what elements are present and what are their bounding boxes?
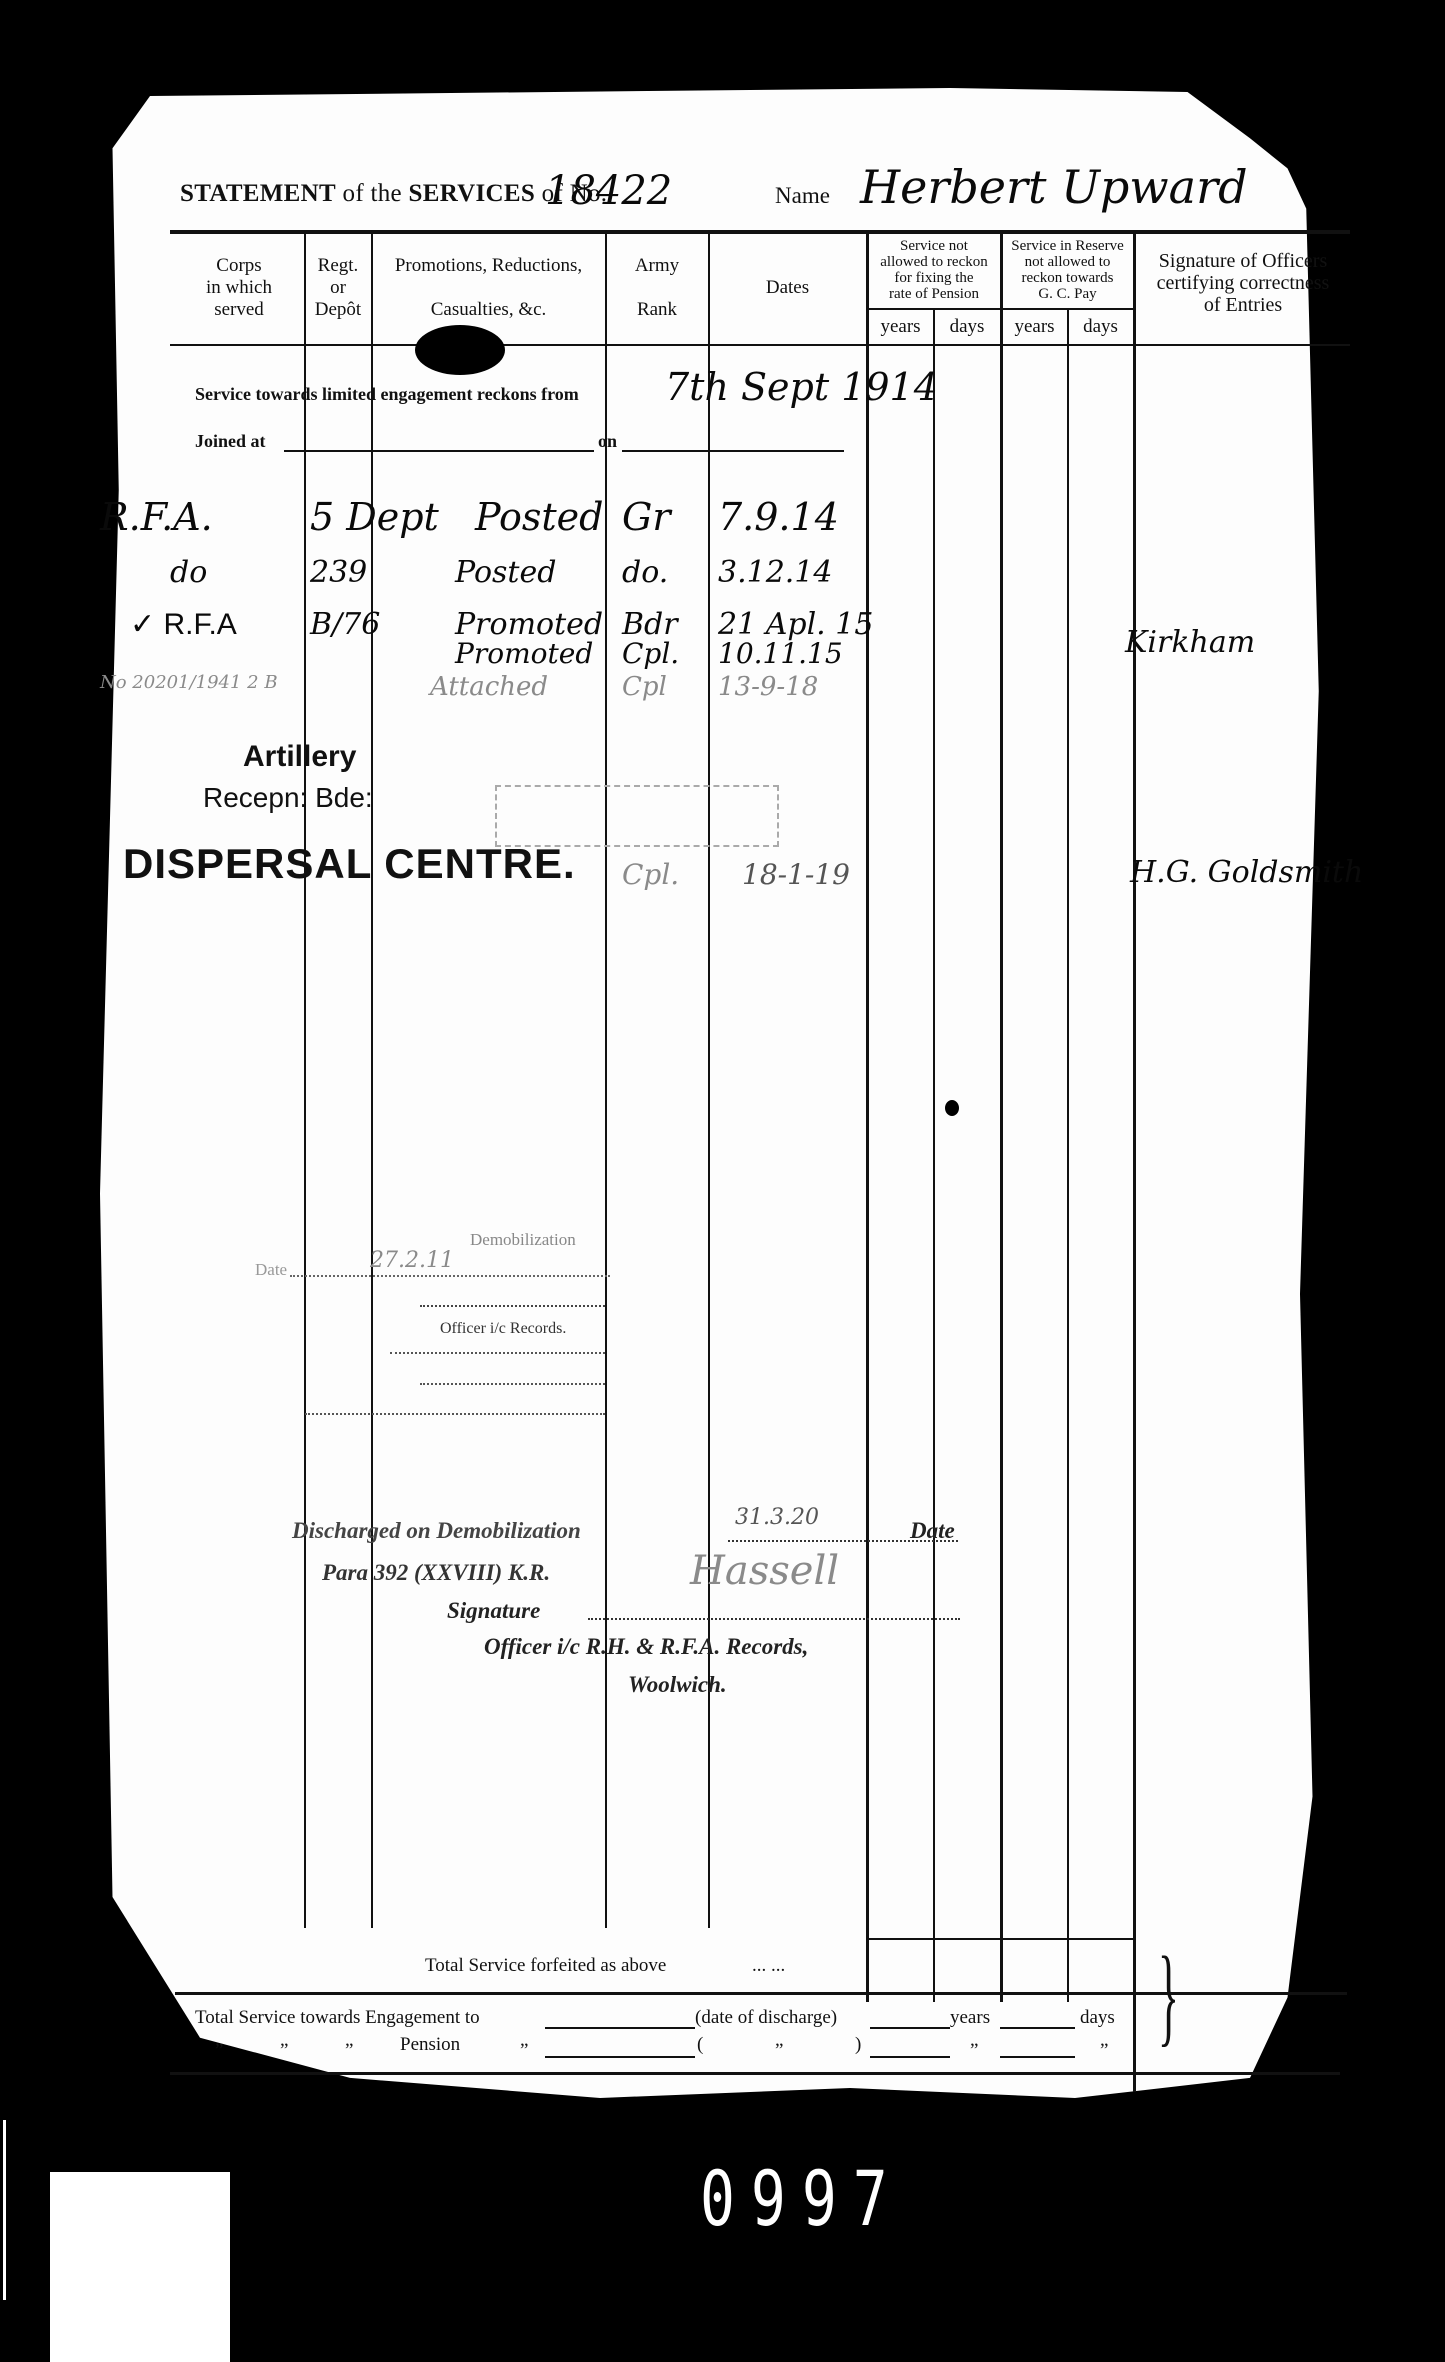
dispersal-rank: Cpl. <box>622 858 679 891</box>
dispersal-centre-stamp: DISPERSAL CENTRE. <box>123 840 576 888</box>
faint-rectangular-stamp <box>495 785 779 847</box>
col-divider <box>933 308 935 2002</box>
ditto-mark: ” <box>775 2040 783 2062</box>
entry-date: 13-9-18 <box>718 672 818 702</box>
col-divider <box>1000 232 1003 2002</box>
col-header-regt: Regt. or Depôt <box>305 255 371 321</box>
ditto-mark: ” <box>345 2040 353 2062</box>
col-header-corps: Corps in which served <box>175 255 303 321</box>
faint-officer-records: Officer i/c Records. <box>440 1320 566 1338</box>
entry-regt: 5 Dept <box>310 495 439 539</box>
joined-at-blank <box>284 450 594 452</box>
entry-rank: Cpl. <box>622 637 679 670</box>
discharge-para: Para 392 (XXVIII) K.R. <box>322 1560 550 1586</box>
col-divider <box>866 232 869 2002</box>
faint-dotted-line <box>420 1383 605 1385</box>
brace: } <box>1158 1940 1179 2050</box>
blank-line <box>1000 2027 1075 2029</box>
col-header-pension-group: Service not allowed to reckon for fixing… <box>868 238 1000 302</box>
signature-label: Signature <box>447 1598 540 1624</box>
ink-spot <box>945 1100 959 1116</box>
frame-counter: 0997 <box>700 2155 904 2243</box>
entry-corps: R.F.A. <box>100 495 213 539</box>
entry-date: 3.12.14 <box>718 555 833 590</box>
entry-event: Posted <box>455 555 556 590</box>
ditto-mark: ” <box>1100 2040 1108 2062</box>
date-of-discharge-label: (date of discharge) <box>695 2007 837 2029</box>
ditto-mark: ” <box>280 2040 288 2062</box>
officer-signature-2: H.G. Goldsmith <box>1130 855 1363 890</box>
col-header-signature: Signature of Officers certifying correct… <box>1136 250 1350 316</box>
faint-dotted-line <box>290 1275 610 1277</box>
entry-date: 10.11.15 <box>718 637 843 670</box>
col-header-casualties: Casualties, &c. <box>372 299 605 321</box>
faint-date-value: 27.2.11 <box>370 1248 454 1273</box>
entry-rank: Gr <box>622 495 671 539</box>
col-header-days: days <box>1068 316 1133 338</box>
years-label: years <box>950 2007 990 2029</box>
discharge-date: 31.3.20 <box>735 1505 819 1530</box>
col-header-days: days <box>934 316 1000 338</box>
paren-open: ( <box>697 2034 703 2056</box>
ditto-mark: ” <box>520 2040 528 2062</box>
total-forfeited-label: Total Service forfeited as above <box>425 1955 666 1977</box>
ink-blot <box>415 325 505 375</box>
ditto-mark: ” <box>970 2040 978 2062</box>
ditto-mark: ” <box>215 2040 223 2062</box>
discharge-date-label: Date <box>910 1518 955 1544</box>
officer-records-line: Officer i/c R.H. & R.F.A. Records, <box>484 1634 808 1660</box>
blank-line <box>1000 2056 1075 2058</box>
forfeited-rule <box>867 1938 1135 1940</box>
artillery-stamp: Artillery <box>243 740 356 774</box>
col-header-years: years <box>868 316 933 338</box>
total-engagement-label: Total Service towards Engagement to <box>195 2007 480 2029</box>
recepn-bde-stamp: Recepn: Bde: <box>203 782 373 814</box>
col-divider <box>605 232 607 1928</box>
header-top-rule <box>170 230 1350 234</box>
entry-regt: B/76 <box>310 607 380 642</box>
officer-signature-1: Kirkham <box>1125 625 1255 660</box>
total-forfeited-dots: ... ... <box>752 1955 785 1977</box>
engagement-date: 7th Sept 1914 <box>665 365 938 409</box>
col-divider <box>371 232 373 1928</box>
discharge-line: Discharged on Demobilization <box>292 1518 581 1544</box>
dispersal-date: 18-1-19 <box>742 858 850 891</box>
entry-event: Posted <box>475 495 604 539</box>
entry-event: Promoted <box>455 637 593 670</box>
entry-rank: do. <box>622 555 668 590</box>
col-divider <box>304 232 306 1928</box>
col-header-years: years <box>1002 316 1067 338</box>
paren-close: ) <box>855 2034 861 2056</box>
discharge-officer-signature: Hassell <box>690 1548 839 1594</box>
soldier-name: Herbert Upward <box>860 160 1248 214</box>
entry-corps: do <box>170 555 207 590</box>
joined-on-label: on <box>598 431 617 452</box>
blank-line <box>870 2027 950 2029</box>
entry-event: Attached <box>430 672 548 702</box>
col-header-promotions: Promotions, Reductions, <box>372 255 605 277</box>
entry-corps: ✓ R.F.A <box>130 607 237 642</box>
faint-dotted-line <box>305 1413 605 1415</box>
days-label: days <box>1080 2007 1115 2029</box>
blank-line <box>545 2056 695 2058</box>
joined-at-label: Joined at <box>195 431 266 452</box>
form-title: STATEMENT of the SERVICES of No. <box>180 180 607 208</box>
totals-bottom-rule <box>170 2072 1340 2075</box>
film-marker-rectangle <box>50 2172 230 2362</box>
entry-date: 7.9.14 <box>718 495 839 539</box>
engagement-label: Service towards limited engagement recko… <box>195 384 579 405</box>
col-header-reserve-group: Service in Reserve not allowed to reckon… <box>1002 238 1133 302</box>
signature-dots <box>588 1618 960 1620</box>
joined-on-blank <box>622 450 844 452</box>
faint-demob-line: Demobilization <box>470 1230 576 1250</box>
col-divider <box>1067 308 1069 2002</box>
header-bottom-rule <box>170 344 1350 346</box>
discharge-place: Woolwich. <box>628 1672 727 1698</box>
film-edge-line <box>3 2120 6 2300</box>
faint-date-label: Date <box>255 1260 287 1280</box>
faint-dotted-line <box>420 1305 605 1307</box>
blank-line <box>870 2056 950 2058</box>
col-header-army: Army <box>606 255 708 277</box>
col-header-dates: Dates <box>709 277 866 299</box>
entry-rank: Cpl <box>622 672 667 702</box>
service-number: 18422 <box>545 168 672 214</box>
col-divider <box>1133 232 1136 2092</box>
col-header-rank: Rank <box>606 299 708 321</box>
faint-dotted-line <box>390 1352 605 1354</box>
name-label: Name <box>775 183 830 209</box>
pension-label: Pension <box>400 2034 460 2056</box>
entry-regt: 239 <box>310 555 367 590</box>
blank-line <box>545 2027 695 2029</box>
entry-corps: No 20201/1941 2 B <box>100 672 278 693</box>
